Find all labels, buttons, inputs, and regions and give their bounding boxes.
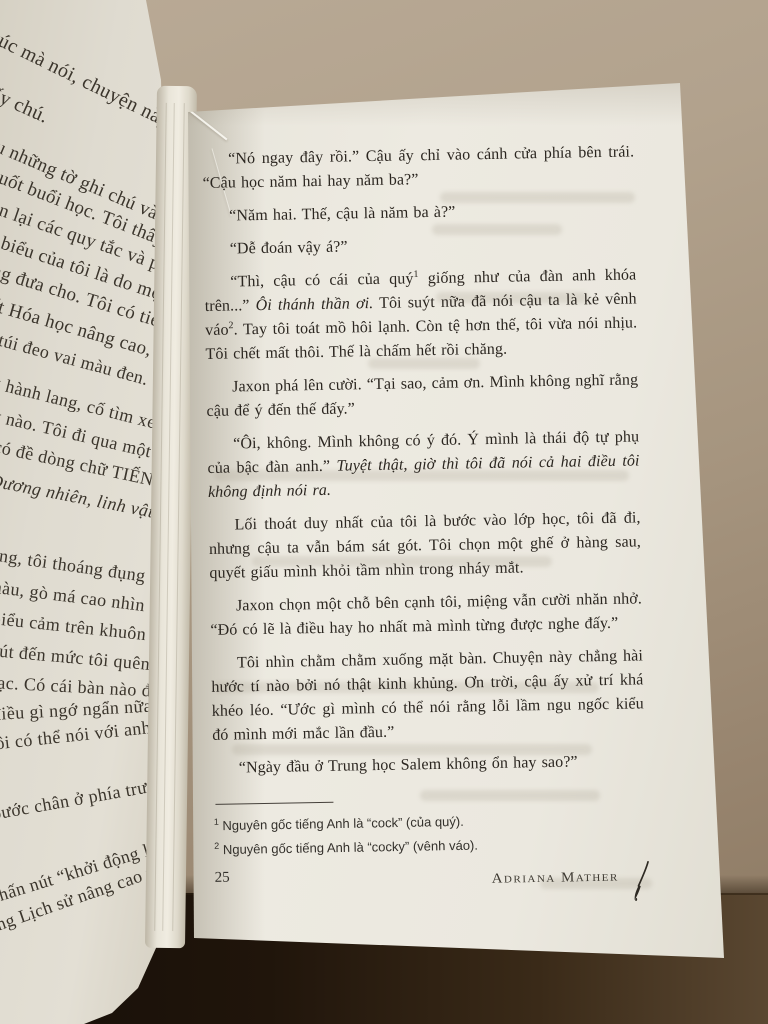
paragraph: “Dễ đoán vậy á?” <box>204 230 636 262</box>
footnote-area: 1 Nguyên gốc tiếng Anh là “cock” (của qu… <box>213 796 646 860</box>
paragraph: “Nó ngay đây rồi.” Cậu ấy chỉ vào cánh c… <box>202 140 635 196</box>
page-footer: 25 Adriana Mather <box>215 862 648 910</box>
footnotes: 1 Nguyên gốc tiếng Anh là “cock” (của qu… <box>214 804 647 860</box>
paragraph: “Ôi, không. Mình không có ý đó. Ý mình l… <box>207 425 640 505</box>
paragraph: Lối thoát duy nhất của tôi là bước vào l… <box>208 506 641 586</box>
running-footer-author: Adriana Mather <box>492 870 619 888</box>
broom-icon <box>627 860 652 902</box>
left-page-text-fragment: bước chân ở phía trước. <box>0 773 170 825</box>
page-edge-line <box>172 103 185 930</box>
page-text-block: “Nó ngay đây rồi.” Cậu ấy chỉ vào cánh c… <box>202 140 648 937</box>
paragraph: “Ngày đầu ở Trung học Salem không ổn hay… <box>213 749 645 781</box>
paragraph: Jaxon chọn một chỗ bên cạnh tôi, miệng v… <box>210 587 643 643</box>
photo-of-open-book: { "book": { "colors": { "paper": "#ebe8d… <box>0 0 768 1024</box>
running-footer: Adriana Mather <box>491 862 651 905</box>
paragraph: Jaxon phá lên cười. “Tại sao, cảm ơn. Mì… <box>206 368 639 424</box>
footnote-separator <box>215 802 333 805</box>
left-page-curled: túc mà nói, chuyện này kấy chú.au những … <box>0 0 170 1024</box>
paragraph: Tôi nhìn chằm chằm xuống mặt bàn. Chuyện… <box>211 644 645 748</box>
left-page-text-fragment: túc mà nói, chuyện này k <box>0 27 170 140</box>
left-page-text-fragment: hút đến mức tôi quên m <box>0 640 170 677</box>
page-number: 25 <box>215 870 230 887</box>
left-page-text-fragment: ấy chú. <box>0 83 52 129</box>
paragraph: “Năm hai. Thế, cậu là năm ba à?” <box>203 197 635 229</box>
body-paragraphs: “Nó ngay đây rồi.” Cậu ấy chỉ vào cánh c… <box>202 140 645 789</box>
page-top-shading <box>180 80 690 126</box>
paragraph: “Thì, cậu có cái của quý1 giống như của … <box>204 263 638 367</box>
